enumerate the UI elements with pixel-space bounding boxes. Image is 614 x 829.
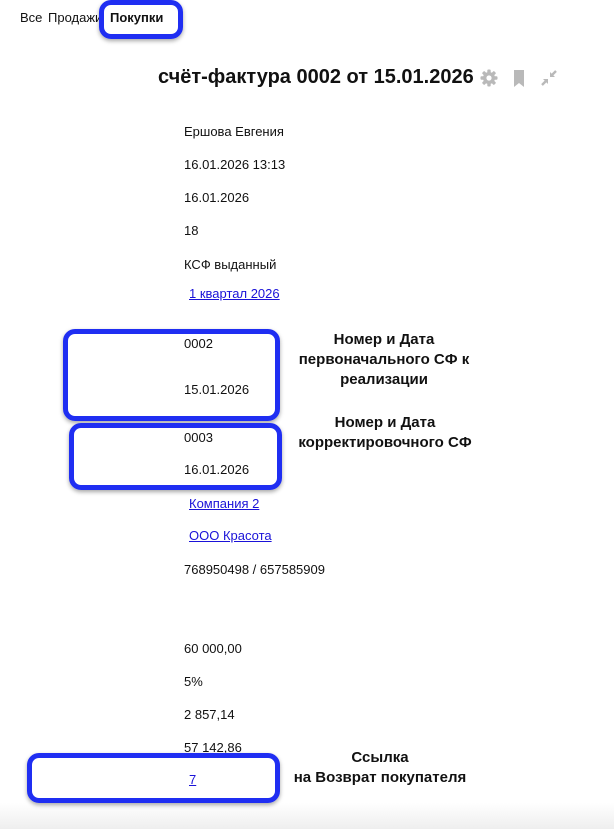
highlight-customer-return — [27, 753, 280, 803]
field-value: 768950498 / 657585909 — [184, 560, 325, 580]
highlight-tab-purchases — [99, 0, 183, 39]
annotation-line: корректировочного СФ — [295, 433, 475, 453]
annotation-line: реализации — [284, 370, 484, 390]
page-title: счёт-фактура 0002 от 15.01.2026 — [158, 66, 474, 89]
field-value: КСФ выданный — [184, 255, 276, 275]
field-value: 18 — [184, 221, 198, 241]
title-actions — [479, 68, 559, 88]
highlight-correction-invoice — [69, 423, 282, 490]
field-value: 2 857,14 — [184, 705, 235, 725]
annotation-customer-return: Ссылка на Возврат покупателя — [280, 748, 480, 788]
gear-icon[interactable] — [479, 68, 499, 88]
field-value-link[interactable]: 1 квартал 2026 — [189, 286, 280, 301]
field-value[interactable]: ООО Красота — [189, 526, 272, 546]
bottom-fade — [0, 803, 614, 829]
tab-sales[interactable]: Продажи — [48, 10, 102, 25]
field-value[interactable]: 1 квартал 2026 — [189, 284, 280, 304]
field-value: 60 000,00 — [184, 639, 242, 659]
annotation-line: Номер и Дата — [284, 330, 484, 350]
annotation-line: первоначального СФ к — [284, 350, 484, 370]
highlight-original-invoice — [63, 329, 280, 421]
field-value: 16.01.2026 — [184, 188, 249, 208]
field-value[interactable]: Компания 2 — [189, 494, 259, 514]
annotation-line: Номер и Дата — [295, 413, 475, 433]
field-value: 5% — [184, 672, 203, 692]
annotation-line: Ссылка — [280, 748, 480, 768]
field-value: Ершова Евгения — [184, 122, 284, 142]
annotation-correction-invoice: Номер и Дата корректировочного СФ — [295, 413, 475, 453]
collapse-icon[interactable] — [539, 68, 559, 88]
bookmark-icon[interactable] — [509, 68, 529, 88]
tab-all[interactable]: Все — [20, 10, 42, 25]
annotation-line: на Возврат покупателя — [280, 768, 480, 788]
field-value: 16.01.2026 13:13 — [184, 155, 285, 175]
field-value-link[interactable]: ООО Красота — [189, 528, 272, 543]
field-value-link[interactable]: Компания 2 — [189, 496, 259, 511]
annotation-original-invoice: Номер и Дата первоначального СФ к реализ… — [284, 330, 484, 390]
